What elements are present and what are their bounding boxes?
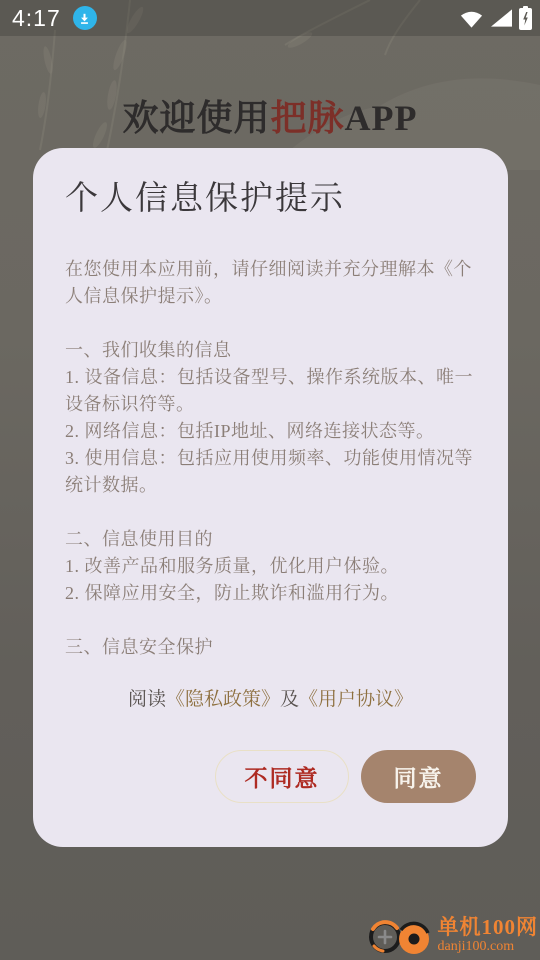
status-right-icons bbox=[459, 6, 532, 30]
welcome-suffix: APP bbox=[345, 98, 418, 138]
danji100-logo-icon bbox=[367, 913, 433, 957]
status-bar: 4:17 bbox=[0, 0, 540, 36]
welcome-prefix: 欢迎使用 bbox=[122, 98, 270, 138]
dialog-body-text: 在您使用本应用前，请仔细阅读并充分理解本《个 人信息保护提示》。 一、我们收集的… bbox=[65, 256, 476, 661]
dialog-title: 个人信息保护提示 bbox=[65, 178, 476, 218]
battery-charging-icon bbox=[519, 6, 532, 30]
privacy-dialog: 个人信息保护提示 在您使用本应用前，请仔细阅读并充分理解本《个 人信息保护提示》… bbox=[33, 148, 508, 847]
app-screen: 4:17 欢迎使用把脉APP 个人信息保护提示 bbox=[0, 0, 540, 960]
read-prefix-label: 阅读 bbox=[128, 689, 166, 710]
clock: 4:17 bbox=[12, 5, 61, 32]
dialog-button-row: 不同意 同意 bbox=[215, 750, 476, 803]
site-watermark: 单机100网 danji100.com bbox=[367, 913, 540, 957]
user-agreement-link[interactable]: 《用户协议》 bbox=[299, 689, 413, 710]
download-icon bbox=[73, 6, 97, 30]
welcome-heading: 欢迎使用把脉APP bbox=[0, 96, 540, 140]
cellular-signal-icon bbox=[491, 9, 512, 27]
wifi-icon bbox=[459, 7, 484, 29]
watermark-site-name: 单机100网 bbox=[438, 917, 539, 938]
and-label: 及 bbox=[280, 689, 299, 710]
agree-button[interactable]: 同意 bbox=[361, 750, 476, 803]
watermark-site-url: danji100.com bbox=[438, 940, 539, 954]
policy-links-row: 阅读《隐私政策》及《用户协议》 bbox=[65, 687, 476, 713]
privacy-policy-link[interactable]: 《隐私政策》 bbox=[166, 689, 280, 710]
app-name: 把脉 bbox=[271, 98, 345, 138]
watermark-text: 单机100网 danji100.com bbox=[438, 917, 540, 954]
disagree-button[interactable]: 不同意 bbox=[215, 750, 349, 803]
